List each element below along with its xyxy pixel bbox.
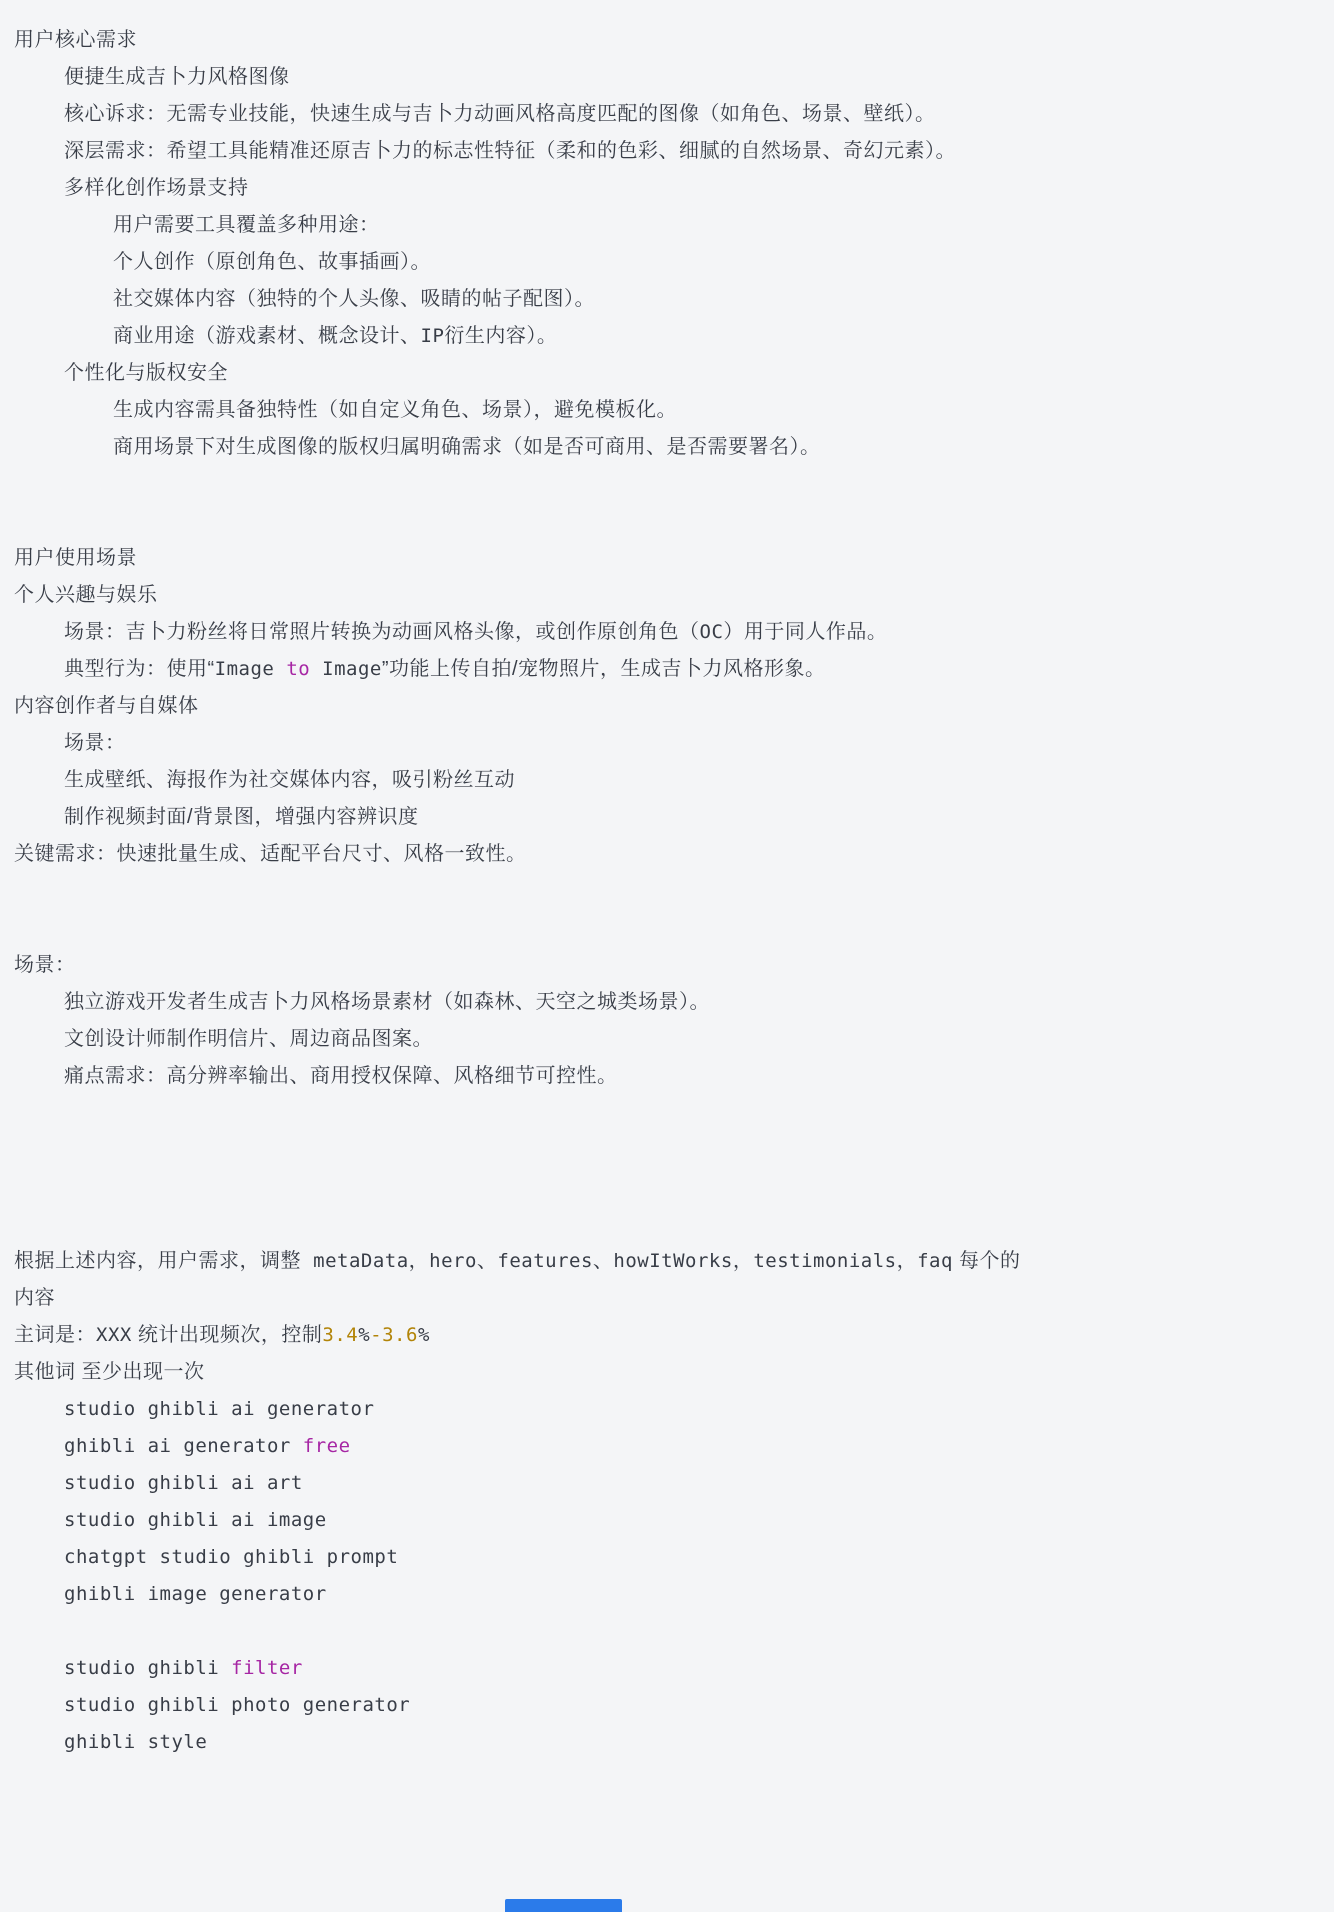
text-line: 核心诉求：无需专业技能，快速生成与吉卜力动画风格高度匹配的图像（如角色、场景、壁…	[0, 96, 1334, 133]
text-segment: features	[497, 1250, 593, 1272]
text-line: studio ghibli filter	[0, 1650, 1334, 1687]
text-segment: faq	[917, 1250, 953, 1272]
text-segment: 独立游戏开发者生成吉卜力风格场景素材（如森林、天空之城类场景）。	[64, 991, 710, 1013]
text-segment: testimonials	[753, 1250, 896, 1272]
blank-line	[0, 1169, 1334, 1206]
text-line: 关键需求：快速批量生成、适配平台尺寸、风格一致性。	[0, 836, 1334, 873]
text-segment: 场景：	[14, 954, 76, 976]
notes-document: 用户核心需求便捷生成吉卜力风格图像核心诉求：无需专业技能，快速生成与吉卜力动画风…	[0, 0, 1334, 1761]
text-segment: 典型行为：使用“	[64, 658, 215, 680]
text-segment: 商业用途（游戏素材、概念设计、	[113, 325, 421, 347]
text-segment: 个人兴趣与娱乐	[14, 584, 158, 606]
text-line: 便捷生成吉卜力风格图像	[0, 59, 1334, 96]
text-line: 商用场景下对生成图像的版权归属明确需求（如是否可商用、是否需要署名）。	[0, 429, 1334, 466]
text-segment: 场景：吉卜力粉丝将日常照片转换为动画风格头像，或创作原创角色（	[64, 621, 700, 643]
text-segment: studio ghibli ai generator	[64, 1398, 374, 1420]
text-segment: 关键需求：快速批量生成、适配平台尺寸、风格一致性。	[14, 843, 527, 865]
blank-line	[0, 503, 1334, 540]
text-segment: IP	[421, 325, 445, 347]
text-segment: studio ghibli	[64, 1657, 231, 1679]
text-segment: filter	[231, 1657, 303, 1679]
text-segment: 用户使用场景	[14, 547, 137, 569]
text-segment: 个性化与版权安全	[64, 362, 228, 384]
text-segment: ghibli ai generator	[64, 1435, 303, 1457]
text-segment: hero	[429, 1250, 477, 1272]
text-segment: 制作视频封面/背景图，增强内容辨识度	[64, 806, 419, 828]
text-segment: -3.6	[370, 1324, 418, 1346]
text-segment: 场景：	[64, 732, 126, 754]
text-line: 深层需求：希望工具能精准还原吉卜力的标志性特征（柔和的色彩、细腻的自然场景、奇幻…	[0, 133, 1334, 170]
text-segment: 内容	[14, 1287, 55, 1309]
text-line: studio ghibli ai art	[0, 1465, 1334, 1502]
text-line: 多样化创作场景支持	[0, 170, 1334, 207]
text-segment: 文创设计师制作明信片、周边商品图案。	[64, 1028, 433, 1050]
text-segment: 商用场景下对生成图像的版权归属明确需求（如是否可商用、是否需要署名）。	[113, 436, 821, 458]
text-line: 场景：吉卜力粉丝将日常照片转换为动画风格头像，或创作原创角色（OC）用于同人作品…	[0, 614, 1334, 651]
text-line: 用户核心需求	[0, 22, 1334, 59]
blank-line	[0, 873, 1334, 910]
blank-line	[0, 466, 1334, 503]
text-line: studio ghibli ai image	[0, 1502, 1334, 1539]
text-segment: 社交媒体内容（独特的个人头像、吸睛的帖子配图）。	[113, 288, 595, 310]
text-segment: ghibli style	[64, 1731, 207, 1753]
text-segment: 内容创作者与自媒体	[14, 695, 199, 717]
text-segment: 3.4	[322, 1324, 358, 1346]
text-segment: %	[418, 1324, 430, 1346]
text-segment: studio ghibli photo generator	[64, 1694, 410, 1716]
text-segment: metaData	[313, 1250, 409, 1272]
text-line: 主词是：XXX 统计出现频次，控制3.4%-3.6%	[0, 1317, 1334, 1354]
text-segment: 根据上述内容，用户需求，调整	[14, 1250, 313, 1272]
text-segment: 生成壁纸、海报作为社交媒体内容，吸引粉丝互动	[64, 769, 515, 791]
text-segment: ”功能上传自拍/宠物照片，生成吉卜力风格形象。	[382, 658, 826, 680]
text-segment: 统计出现频次，控制	[132, 1324, 323, 1346]
text-segment: ，	[409, 1250, 430, 1272]
text-line: 内容创作者与自媒体	[0, 688, 1334, 725]
text-line: 典型行为：使用“Image to Image”功能上传自拍/宠物照片，生成吉卜力…	[0, 651, 1334, 688]
text-line: 文创设计师制作明信片、周边商品图案。	[0, 1021, 1334, 1058]
text-line: 商业用途（游戏素材、概念设计、IP衍生内容）。	[0, 318, 1334, 355]
text-segment: 每个的	[953, 1250, 1021, 1272]
text-line: 场景：	[0, 725, 1334, 762]
text-line: 痛点需求：高分辨率输出、商用授权保障、风格细节可控性。	[0, 1058, 1334, 1095]
text-segment: 多样化创作场景支持	[64, 177, 249, 199]
text-segment: 、	[477, 1250, 498, 1272]
text-segment: XXX	[96, 1324, 132, 1346]
text-line: 独立游戏开发者生成吉卜力风格场景素材（如森林、天空之城类场景）。	[0, 984, 1334, 1021]
text-line: 用户需要工具覆盖多种用途：	[0, 207, 1334, 244]
text-segment: 深层需求：希望工具能精准还原吉卜力的标志性特征（柔和的色彩、细腻的自然场景、奇幻…	[64, 140, 956, 162]
text-segment: studio ghibli ai art	[64, 1472, 303, 1494]
text-segment: 主词是：	[14, 1324, 96, 1346]
text-line: studio ghibli ai generator	[0, 1391, 1334, 1428]
text-segment: ghibli image generator	[64, 1583, 327, 1605]
text-line: 个性化与版权安全	[0, 355, 1334, 392]
text-segment: studio ghibli ai image	[64, 1509, 327, 1531]
text-line: ghibli style	[0, 1724, 1334, 1761]
text-line: chatgpt studio ghibli prompt	[0, 1539, 1334, 1576]
text-line: 其他词 至少出现一次	[0, 1354, 1334, 1391]
blank-line	[0, 1132, 1334, 1169]
text-line: 个人创作（原创角色、故事插画）。	[0, 244, 1334, 281]
horizontal-scrollbar-thumb[interactable]	[505, 1899, 622, 1912]
text-segment: howItWorks	[613, 1250, 732, 1272]
text-segment: chatgpt studio ghibli prompt	[64, 1546, 398, 1568]
text-line: 内容	[0, 1280, 1334, 1317]
text-line: ghibli ai generator free	[0, 1428, 1334, 1465]
text-segment: to	[274, 658, 322, 680]
text-segment: %	[358, 1324, 370, 1346]
text-segment: 核心诉求：无需专业技能，快速生成与吉卜力动画风格高度匹配的图像（如角色、场景、壁…	[64, 103, 936, 125]
text-segment: 个人创作（原创角色、故事插画）。	[113, 251, 431, 273]
text-segment: 用户核心需求	[14, 29, 137, 51]
text-segment: 痛点需求：高分辨率输出、商用授权保障、风格细节可控性。	[64, 1065, 618, 1087]
text-line: 制作视频封面/背景图，增强内容辨识度	[0, 799, 1334, 836]
text-line: 生成内容需具备独特性（如自定义角色、场景），避免模板化。	[0, 392, 1334, 429]
text-segment: free	[303, 1435, 351, 1457]
blank-line	[0, 1613, 1334, 1650]
text-line: 生成壁纸、海报作为社交媒体内容，吸引粉丝互动	[0, 762, 1334, 799]
blank-line	[0, 1095, 1334, 1132]
text-segment: Image	[215, 658, 275, 680]
text-line: 根据上述内容，用户需求，调整 metaData，hero、features、ho…	[0, 1243, 1334, 1280]
text-line: 场景：	[0, 947, 1334, 984]
text-segment: Image	[322, 658, 382, 680]
text-line: studio ghibli photo generator	[0, 1687, 1334, 1724]
text-line: 用户使用场景	[0, 540, 1334, 577]
text-segment: OC	[700, 621, 724, 643]
text-segment: 便捷生成吉卜力风格图像	[64, 66, 290, 88]
text-segment: 用户需要工具覆盖多种用途：	[113, 214, 380, 236]
text-line: ghibli image generator	[0, 1576, 1334, 1613]
text-segment: ，	[897, 1250, 918, 1272]
text-line: 个人兴趣与娱乐	[0, 577, 1334, 614]
text-line: 社交媒体内容（独特的个人头像、吸睛的帖子配图）。	[0, 281, 1334, 318]
text-segment: ）用于同人作品。	[723, 621, 887, 643]
blank-line	[0, 910, 1334, 947]
text-segment: 其他词 至少出现一次	[14, 1361, 205, 1383]
blank-line	[0, 1206, 1334, 1243]
text-segment: ，	[733, 1250, 754, 1272]
text-segment: 衍生内容）。	[444, 325, 557, 347]
text-segment: 生成内容需具备独特性（如自定义角色、场景），避免模板化。	[113, 399, 677, 421]
text-segment: 、	[593, 1250, 614, 1272]
